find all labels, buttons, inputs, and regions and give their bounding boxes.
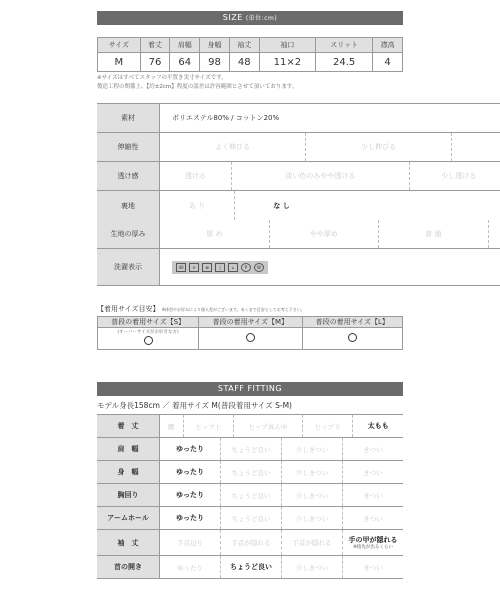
guide-header-cell: 普段の着用サイズ【S】 <box>98 317 199 328</box>
size-banner: SIZE (単位:cm) <box>97 11 403 25</box>
fit-label: 袖 丈 <box>97 530 159 555</box>
spec-row-sheer: 透け感 透ける 淡い色のみやや透ける 少し透ける 透けない <box>97 162 500 191</box>
spec-option: 透ける <box>160 162 231 190</box>
fit-option: きつい <box>342 484 403 506</box>
guide-heading: 【着用サイズ目安】 ※体型やお好みにより個人差がございます。あくまで目安としてお… <box>97 304 403 314</box>
fit-label: 身 幅 <box>97 461 159 483</box>
fit-option: ちょうど良い <box>220 507 281 529</box>
fit-option: ヒップ下 <box>302 415 353 437</box>
fit-row-length: 着 丈 腰 ヒップ上 ヒップ真ん中 ヒップ下 太もも <box>97 415 403 438</box>
size-table: サイズ 着丈 肩幅 身幅 袖丈 袖口 スリット 襟高 M 76 64 98 48… <box>97 37 403 72</box>
spec-option-selected: 薄 め <box>488 220 500 248</box>
fit-row-neck: 首の開き ゆったり ちょうど良い 少しきつい きつい <box>97 556 403 579</box>
spec-option: 厚 め <box>160 220 269 248</box>
size-header-cell: サイズ <box>98 38 141 53</box>
size-value-cell: 48 <box>229 53 259 72</box>
fit-option: きつい <box>342 507 403 529</box>
size-unit: (単位:cm) <box>246 15 277 22</box>
fit-option: ちょうど良い <box>220 461 281 483</box>
size-header-cell: 襟高 <box>373 38 403 53</box>
fit-option: 手首が隠れる <box>281 530 342 555</box>
fit-label: 着 丈 <box>97 415 159 437</box>
spec-label: 素材 <box>97 104 159 132</box>
size-value-cell: 4 <box>373 53 403 72</box>
size-note-line: 製造工程の関係上、【約±2cm】程度の誤差は許容範囲とさせて頂いております。 <box>97 83 403 92</box>
spec-option-selected: 伸びない <box>451 133 500 161</box>
spec-option: 少し透ける <box>409 162 500 190</box>
fit-option: 手首が隠れる <box>220 530 281 555</box>
fit-label: アームホール <box>97 507 159 529</box>
fit-option: 少しきつい <box>281 556 342 578</box>
spec-row-material: 素材 ポリエステル80% / コットン20% <box>97 104 500 133</box>
size-table-wrap: サイズ 着丈 肩幅 身幅 袖丈 袖口 スリット 襟高 M 76 64 98 48… <box>97 37 403 92</box>
fit-option: 少しきつい <box>281 507 342 529</box>
circle-mark-icon <box>348 333 357 342</box>
guide-cell-l <box>302 328 402 350</box>
fit-label: 胸回り <box>97 484 159 506</box>
fit-option: 少しきつい <box>281 484 342 506</box>
spec-row-care: 洗濯表示 40 ✕ ⊠ | ⌂ P W <box>97 249 500 285</box>
spec-option: よく伸びる <box>160 133 305 161</box>
fit-option-selected: ゆったり <box>160 507 220 529</box>
fit-option-selected: 手の甲が隠れる ※指先が出るくらい <box>342 530 403 555</box>
size-note-line: ※サイズはすべてスタッフの平置き実寸サイズです。 <box>97 74 403 83</box>
size-value-cell: 11×2 <box>259 53 316 72</box>
guide-header-cell: 普段の着用サイズ【L】 <box>302 317 402 328</box>
staff-banner: STAFF FITTING <box>97 382 403 396</box>
fit-option-text: 手の甲が隠れる <box>349 535 398 545</box>
fit-option: きつい <box>342 461 403 483</box>
no-bleach-icon: ✕ <box>189 263 199 272</box>
spec-blank <box>328 191 500 220</box>
size-header-cell: 袖丈 <box>229 38 259 53</box>
guide-mark-row: (オーバーサイズがお好きな方) <box>98 328 403 350</box>
spec-option: 淡い色のみやや透ける <box>231 162 409 190</box>
line-dry-icon: | <box>215 263 225 272</box>
fit-option: ヒップ真ん中 <box>233 415 302 437</box>
fit-option: きつい <box>342 438 403 460</box>
spec-row-stretch: 伸縮性 よく伸びる 少し伸びる 伸びない <box>97 133 500 162</box>
fit-option: ヒップ上 <box>183 415 234 437</box>
size-value-cell: 24.5 <box>316 53 373 72</box>
circle-mark-icon <box>144 336 153 345</box>
spec-option-selected: な し <box>234 191 328 220</box>
circle-mark-icon <box>246 333 255 342</box>
spec-option: 少し伸びる <box>305 133 451 161</box>
spec-label: 生地の厚み <box>97 220 159 248</box>
spec-label: 洗濯表示 <box>97 249 159 285</box>
size-header-cell: スリット <box>316 38 373 53</box>
wet-clean-w-icon: W <box>254 263 264 272</box>
fit-option-selected: 太もも <box>352 415 403 437</box>
spec-row-lining: 裏地 あ り な し <box>97 191 500 220</box>
size-header-cell: 肩幅 <box>170 38 200 53</box>
fit-option: 少しきつい <box>281 438 342 460</box>
fit-option-selected: ゆったり <box>160 461 220 483</box>
size-value-cell: 98 <box>200 53 230 72</box>
size-header-cell: 袖口 <box>259 38 316 53</box>
size-table-header: サイズ 着丈 肩幅 身幅 袖丈 袖口 スリット 襟高 <box>98 38 403 53</box>
size-value-cell: 64 <box>170 53 200 72</box>
spec-option: やや厚め <box>269 220 379 248</box>
wash-40-icon: 40 <box>176 263 186 272</box>
spec-row-thickness: 生地の厚み 厚 め やや厚め 普 通 薄 め <box>97 220 500 249</box>
guide-cell-m <box>199 328 302 350</box>
guide-table: 普段の着用サイズ【S】 普段の着用サイズ【M】 普段の着用サイズ【L】 (オーバ… <box>97 316 403 350</box>
size-value-cell: M <box>98 53 141 72</box>
fit-option: 手首辺り <box>160 530 220 555</box>
fit-option: 腰 <box>160 415 183 437</box>
guide-header-row: 普段の着用サイズ【S】 普段の着用サイズ【M】 普段の着用サイズ【L】 <box>98 317 403 328</box>
fit-option: きつい <box>342 556 403 578</box>
size-table-row: M 76 64 98 48 11×2 24.5 4 <box>98 53 403 72</box>
fit-option-selected: ゆったり <box>160 484 220 506</box>
size-notes: ※サイズはすべてスタッフの平置き実寸サイズです。 製造工程の関係上、【約±2cm… <box>97 74 403 92</box>
dry-clean-p-icon: P <box>241 263 251 272</box>
spec-option: 普 通 <box>378 220 488 248</box>
fit-row-chest: 胸回り ゆったり ちょうど良い 少しきつい きつい <box>97 484 403 507</box>
spec-label: 透け感 <box>97 162 159 190</box>
iron-low-icon: ⌂ <box>228 263 238 272</box>
guide-note: ※体型やお好みにより個人差がございます。あくまで目安としてお考え下さい。 <box>162 307 305 312</box>
fit-label: 肩 幅 <box>97 438 159 460</box>
size-guide: 【着用サイズ目安】 ※体型やお好みにより個人差がございます。あくまで目安としてお… <box>97 304 403 350</box>
fit-option: ちょうど良い <box>220 484 281 506</box>
size-header-cell: 着丈 <box>140 38 170 53</box>
model-info: モデル身長158cm ／ 着用サイズ M(普段着用サイズ S-M) <box>97 400 403 411</box>
guide-title: 【着用サイズ目安】 <box>97 305 159 313</box>
spec-label: 伸縮性 <box>97 133 159 161</box>
fit-row-armhole: アームホール ゆったり ちょうど良い 少しきつい きつい <box>97 507 403 530</box>
fit-table: 着 丈 腰 ヒップ上 ヒップ真ん中 ヒップ下 太もも 肩 幅 ゆったり ちょうど… <box>97 414 403 579</box>
no-tumble-dry-icon: ⊠ <box>202 263 212 272</box>
fit-label: 首の開き <box>97 556 159 578</box>
fit-option: ちょうど良い <box>220 438 281 460</box>
spec-table: 素材 ポリエステル80% / コットン20% 伸縮性 よく伸びる 少し伸びる 伸… <box>97 103 500 286</box>
guide-cell-s: (オーバーサイズがお好きな方) <box>98 328 199 350</box>
material-value: ポリエステル80% / コットン20% <box>160 113 279 123</box>
fit-option-subnote: ※指先が出るくらい <box>353 545 393 551</box>
size-value-cell: 76 <box>140 53 170 72</box>
fit-row-shoulder: 肩 幅 ゆったり ちょうど良い 少しきつい きつい <box>97 438 403 461</box>
fit-option: 少しきつい <box>281 461 342 483</box>
size-title: SIZE <box>223 13 243 22</box>
fit-option: ゆったり <box>160 556 220 578</box>
guide-header-cell: 普段の着用サイズ【M】 <box>199 317 302 328</box>
spec-option: あ り <box>160 191 234 220</box>
size-header-cell: 身幅 <box>200 38 230 53</box>
staff-title: STAFF FITTING <box>218 384 282 393</box>
staff-section: モデル身長158cm ／ 着用サイズ M(普段着用サイズ S-M) 着 丈 腰 … <box>97 396 403 579</box>
fit-row-body-width: 身 幅 ゆったり ちょうど良い 少しきつい きつい <box>97 461 403 484</box>
fit-row-sleeve: 袖 丈 手首辺り 手首が隠れる 手首が隠れる 手の甲が隠れる ※指先が出るくらい <box>97 530 403 556</box>
fit-option-selected: ちょうど良い <box>220 556 281 578</box>
care-label-strip: 40 ✕ ⊠ | ⌂ P W <box>172 261 268 274</box>
fit-option-selected: ゆったり <box>160 438 220 460</box>
spec-label: 裏地 <box>97 191 159 220</box>
